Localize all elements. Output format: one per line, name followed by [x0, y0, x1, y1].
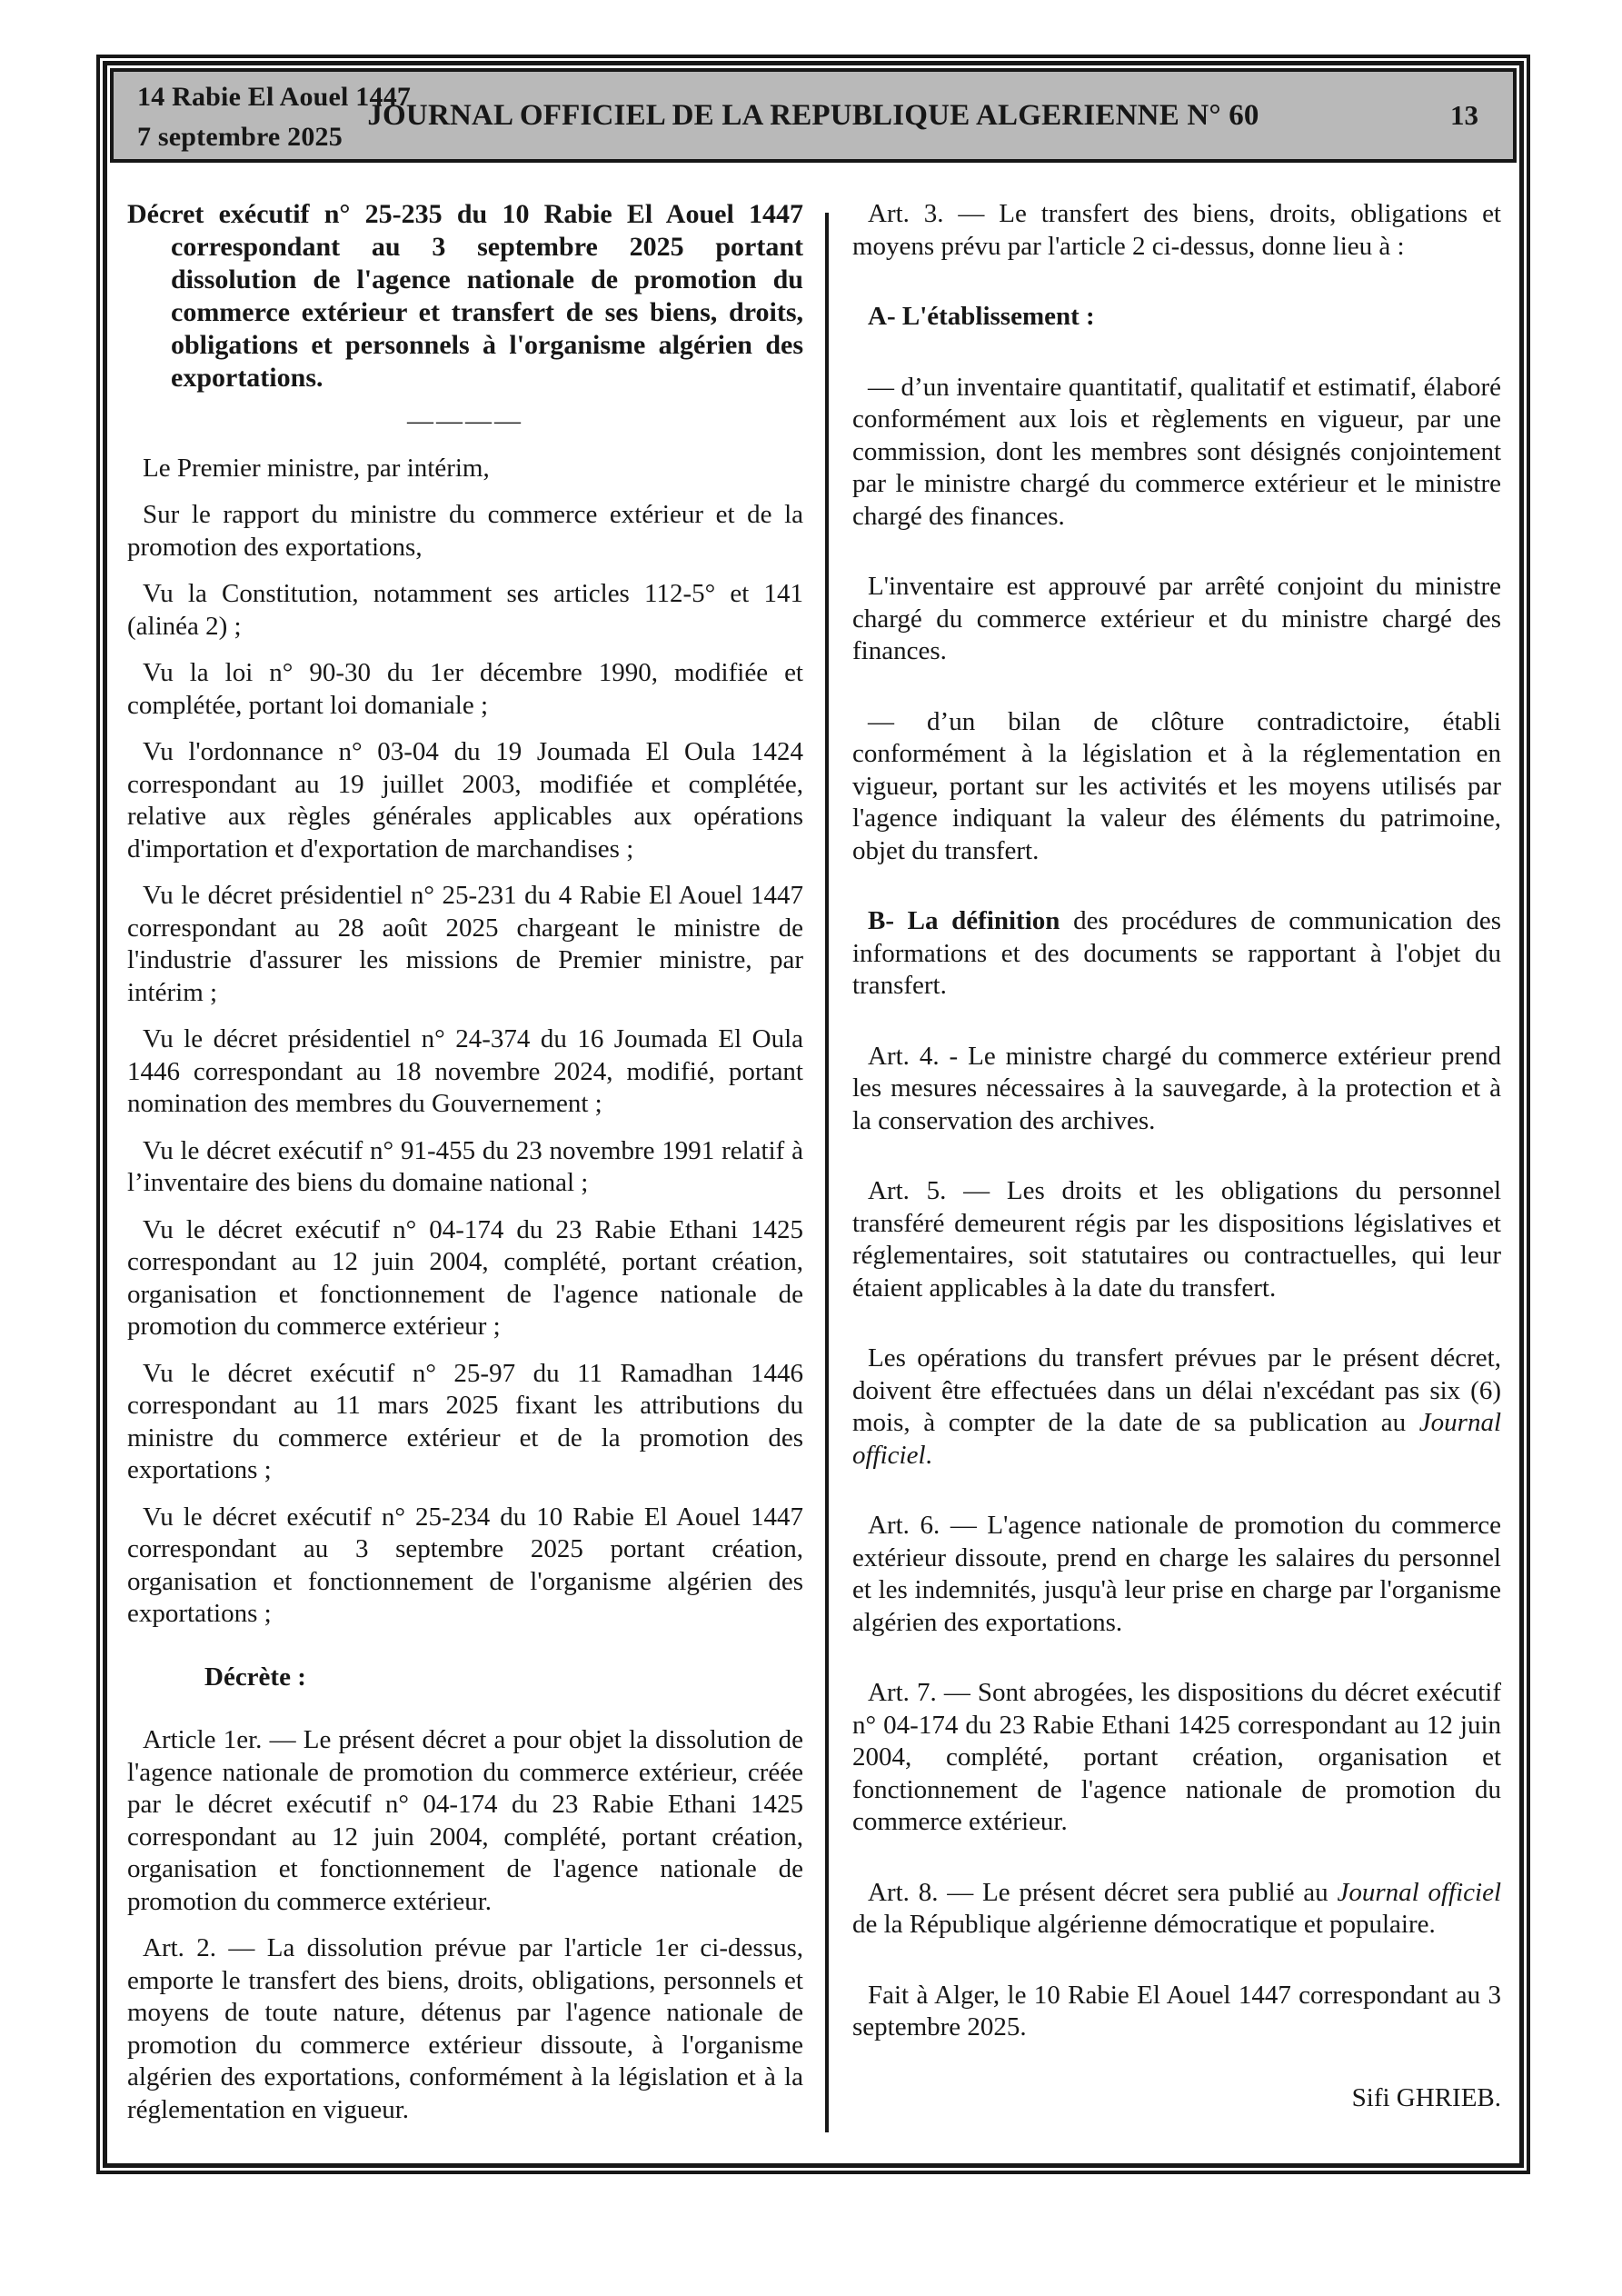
paragraph: Vu le décret exécutif n° 25-234 du 10 Ra… [127, 1502, 803, 1631]
article-8-text-end: de la République algérienne démocratique… [852, 1910, 1436, 1939]
right-column: Art. 3. — Le transfert des biens, droits… [852, 198, 1501, 2140]
fait-a-alger: Fait à Alger, le 10 Rabie El Aouel 1447 … [852, 1980, 1501, 2044]
article-3: Art. 3. — Le transfert des biens, droits… [852, 198, 1501, 263]
paragraph: Sur le rapport du ministre du commerce e… [127, 499, 803, 564]
operations-text: Les opérations du transfert prévues par … [852, 1343, 1501, 1437]
page-frame-inner: 14 Rabie El Aouel 1447 7 septembre 2025 … [103, 61, 1524, 2168]
decrete-label: Décrète : [204, 1662, 803, 1694]
article-7: Art. 7. — Sont abrogées, les disposition… [852, 1677, 1501, 1839]
left-column: Décret exécutif n° 25-235 du 10 Rabie El… [127, 198, 803, 2140]
bullet-inventaire: — d’un inventaire quantitatif, qualitati… [852, 372, 1501, 534]
paragraph: Vu la Constitution, notamment ses articl… [127, 578, 803, 643]
paragraph: Vu l'ordonnance n° 03-04 du 19 Joumada E… [127, 736, 803, 865]
paragraph-operations: Les opérations du transfert prévues par … [852, 1343, 1501, 1472]
page-number: 13 [1450, 99, 1478, 132]
signature: Sifi GHRIEB. [852, 2082, 1501, 2115]
journal-officiel-italic: Journal officiel [1337, 1878, 1501, 1907]
header-band: 14 Rabie El Aouel 1447 7 septembre 2025 … [110, 68, 1517, 163]
bullet-bilan: — d’un bilan de clôture contradictoire, … [852, 706, 1501, 868]
content-area: Décret exécutif n° 25-235 du 10 Rabie El… [107, 165, 1519, 2163]
column-divider [825, 213, 829, 2132]
paragraph: Le Premier ministre, par intérim, [127, 453, 803, 485]
article-5: Art. 5. — Les droits et les obligations … [852, 1175, 1501, 1304]
article-8: Art. 8. — Le présent décret sera publié … [852, 1877, 1501, 1942]
paragraph: Vu le décret présidentiel n° 24-374 du 1… [127, 1023, 803, 1121]
paragraph: Vu le décret exécutif n° 25-97 du 11 Ram… [127, 1358, 803, 1487]
section-b-paragraph: B- La définition des procédures de commu… [852, 905, 1501, 1003]
operations-text-end: . [926, 1441, 932, 1470]
article-4: Art. 4. - Le ministre chargé du commerce… [852, 1041, 1501, 1138]
paragraph-inventaire-approuve: L'inventaire est approuvé par arrêté con… [852, 571, 1501, 668]
dash-separator: ———— [127, 405, 803, 438]
article-1: Article 1er. — Le présent décret a pour … [127, 1724, 803, 1918]
article-2: Art. 2. — La dissolution prévue par l'ar… [127, 1932, 803, 2126]
journal-title: JOURNAL OFFICIEL DE LA REPUBLIQUE ALGERI… [114, 72, 1513, 159]
paragraph: Vu le décret présidentiel n° 25-231 du 4… [127, 880, 803, 1009]
paragraph: Vu le décret exécutif n° 04-174 du 23 Ra… [127, 1214, 803, 1343]
paragraph: Vu la loi n° 90-30 du 1er décembre 1990,… [127, 657, 803, 722]
article-8-text: Art. 8. — Le présent décret sera publié … [868, 1878, 1337, 1907]
section-b-heading: B- La définition [868, 906, 1060, 935]
page-frame: 14 Rabie El Aouel 1447 7 septembre 2025 … [96, 55, 1530, 2174]
section-a-heading: A- L'établissement : [852, 301, 1501, 334]
decree-title: Décret exécutif n° 25-235 du 10 Rabie El… [127, 198, 803, 394]
article-6: Art. 6. — L'agence nationale de promotio… [852, 1510, 1501, 1639]
paragraph: Vu le décret exécutif n° 91-455 du 23 no… [127, 1135, 803, 1200]
